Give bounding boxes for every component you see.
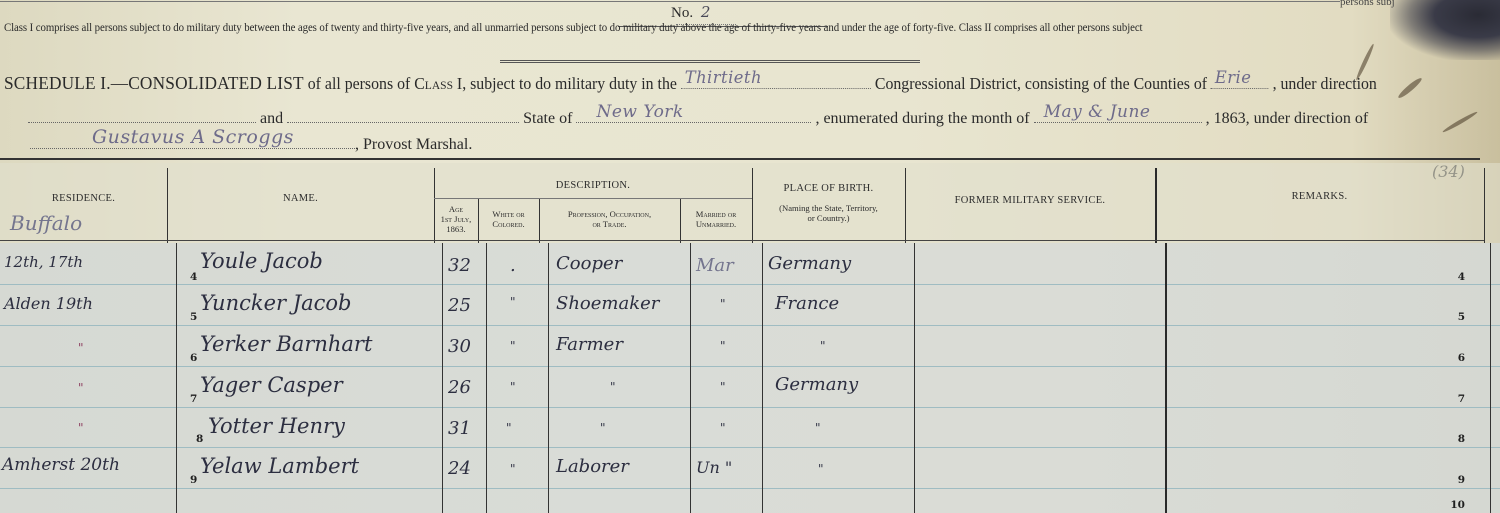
header-age-line: 1st July, [434,214,478,224]
header-age-line: Age [434,204,478,214]
residence-cell: " [78,421,84,435]
header-age: Age 1st July, 1863. [434,204,478,234]
age-cell: 32 [448,255,471,276]
color-cell: " [510,462,516,476]
schedule-class: Class I, [414,74,466,93]
birth-cell: France [775,293,839,314]
marshal-value: Gustavus A Scroggs [92,126,294,148]
header-place-of-birth: PLACE OF BIRTH. [752,183,905,194]
counties-field: Erie [1211,72,1269,89]
row-number: 7 [190,393,197,405]
description-subrule [434,198,752,199]
month-value: May & June [1044,102,1151,122]
col-divider [762,243,763,513]
row-line [0,407,1500,408]
header-birth-note: (Naming the State, Territory, or Country… [752,203,905,223]
profession-cell: Shoemaker [556,293,659,314]
header-white-line: Colored. [478,219,539,229]
header-residence: RESIDENCE. [0,193,167,204]
page-damage [1390,0,1500,60]
state-label: State of [523,110,572,127]
class-definition-note: Class I comprises all persons subject to… [4,21,1142,34]
residence-cell: " [78,381,84,395]
col-divider [442,243,443,513]
line-number: 5 [1458,311,1465,323]
birth-cell: " [820,339,826,353]
enumerated-label: , enumerated during the month of [815,110,1029,127]
age-cell: 25 [448,295,471,316]
col-divider [167,168,168,243]
header-remarks: REMARKS. [1155,191,1484,202]
serial-number: No. 2 [671,3,710,22]
schedule-title-line: SCHEDULE I.—CONSOLIDATED LIST of all per… [4,72,1377,94]
col-divider [1165,243,1167,513]
age-cell: 26 [448,377,471,398]
header-profession: Profession, Occupation, or Trade. [539,209,680,229]
col-divider [1484,168,1485,243]
month-field: May & June [1034,106,1202,123]
name-cell: Yerker Barnhart [200,332,372,356]
col-divider [176,243,177,513]
name-cell: Yelaw Lambert [200,454,359,478]
header-description: DESCRIPTION. [434,180,752,191]
marshal-label: , Provost Marshal. [355,136,472,153]
double-rule [500,60,920,63]
birth-cell: Germany [768,253,851,274]
row-number: 9 [190,474,197,486]
residence-header-value: Buffalo [10,211,82,235]
line-number: 9 [1458,474,1465,486]
header-age-line: 1863. [434,224,478,234]
header-birth-note-line: or Country.) [752,213,905,223]
married-cell: Mar [696,255,734,276]
row-number: 6 [190,352,197,364]
top-rule [0,1,1340,2]
line-number: 6 [1458,352,1465,364]
header-former-military-service: FORMER MILITARY SERVICE. [905,195,1155,206]
name-cell: Youle Jacob [200,249,323,273]
header-profession-line: or Trade. [539,219,680,229]
col-divider [1490,243,1491,513]
col-divider [1155,168,1157,243]
color-cell: " [506,421,512,435]
state-field: New York [576,106,811,123]
row-number: 4 [190,271,197,283]
name-cell: Yuncker Jacob [200,291,352,315]
profession-cell: " [610,380,616,394]
state-value: New York [596,102,683,122]
name-cell: Yager Casper [200,373,343,397]
color-cell: " [510,380,516,394]
header-married: Married or Unmarried. [680,209,752,229]
profession-cell: Cooper [556,253,622,274]
profession-cell: Farmer [556,334,623,355]
header-profession-line: Profession, Occupation, [539,209,680,219]
state-line: and State of New York , enumerated durin… [28,106,1368,128]
marshal-field: Gustavus A Scroggs [30,132,355,149]
header-name: NAME. [167,193,434,204]
stain [1442,110,1479,133]
col-divider [548,243,549,513]
header-white-or-colored: White or Colored. [478,209,539,229]
row-number: 5 [190,311,197,323]
counties-value: Erie [1215,68,1252,88]
line-number: 7 [1458,393,1465,405]
residence-cell: " [78,341,84,355]
consolidated-list-table: RESIDENCE. Buffalo NAME. DESCRIPTION. Ag… [0,163,1500,513]
serial-value: 2 [701,3,711,21]
color-cell: " [510,339,516,353]
residence-cell: Amherst 20th [2,455,120,475]
district-value: Thirtieth [685,68,762,88]
row-line [0,447,1500,448]
married-cell: " [720,421,726,435]
row-number: 8 [196,433,203,445]
age-cell: 24 [448,458,471,479]
header-married-line: Married or [680,209,752,219]
schedule-suffix: subject to do military duty in the [470,74,677,93]
header-white-line: White or [478,209,539,219]
year-label: , 1863, under direction of [1206,110,1369,127]
birth-cell: Germany [775,374,858,395]
line-number: 8 [1458,433,1465,445]
color-cell: . [510,255,516,276]
corner-fragment-text: persons subj [1340,0,1395,8]
blank-field-2 [287,106,519,123]
schedule-mid-text: of all persons of [308,74,411,93]
district-field: Thirtieth [681,72,871,89]
col-divider [486,243,487,513]
table-body: 12th, 17th 4 Youle Jacob 32 . Cooper Mar… [0,243,1500,513]
line-number: 4 [1458,271,1465,283]
district-label: Congressional District, consisting of th… [875,74,1207,93]
header-birth-note-line: (Naming the State, Territory, [752,203,905,213]
age-cell: 31 [448,418,471,439]
census-document-page: No. 2 persons subj Class I comprises all… [0,0,1500,513]
name-cell: Yotter Henry [208,414,345,438]
row-line [0,284,1500,285]
married-cell: Un " [696,458,732,477]
blank-field-1 [28,106,256,123]
schedule-title: SCHEDULE I.—CONSOLIDATED LIST [4,73,304,93]
header-bottom-rule [0,158,1480,160]
row-line [0,488,1500,489]
header-married-line: Unmarried. [680,219,752,229]
row-line [0,325,1500,326]
header-underline [0,240,1484,241]
table-header: RESIDENCE. Buffalo NAME. DESCRIPTION. Ag… [0,163,1500,243]
color-cell: " [510,295,516,309]
profession-cell: " [600,421,606,435]
birth-cell: " [815,421,821,435]
residence-cell: Alden 19th [4,294,93,313]
profession-cell: Laborer [556,456,629,477]
and-label: and [260,110,283,127]
marshal-line: Gustavus A Scroggs, Provost Marshal. [30,132,472,154]
serial-label: No. [671,5,693,21]
stain [1397,76,1424,100]
married-cell: " [720,380,726,394]
birth-cell: " [818,462,824,476]
line-number: 10 [1450,499,1465,511]
row-line [0,366,1500,367]
married-cell: " [720,339,726,353]
col-divider [690,243,691,513]
married-cell: " [720,297,726,311]
col-divider [914,243,915,513]
residence-cell: 12th, 17th [4,253,83,271]
under-direction-text: , under direction [1273,74,1377,93]
age-cell: 30 [448,336,471,357]
